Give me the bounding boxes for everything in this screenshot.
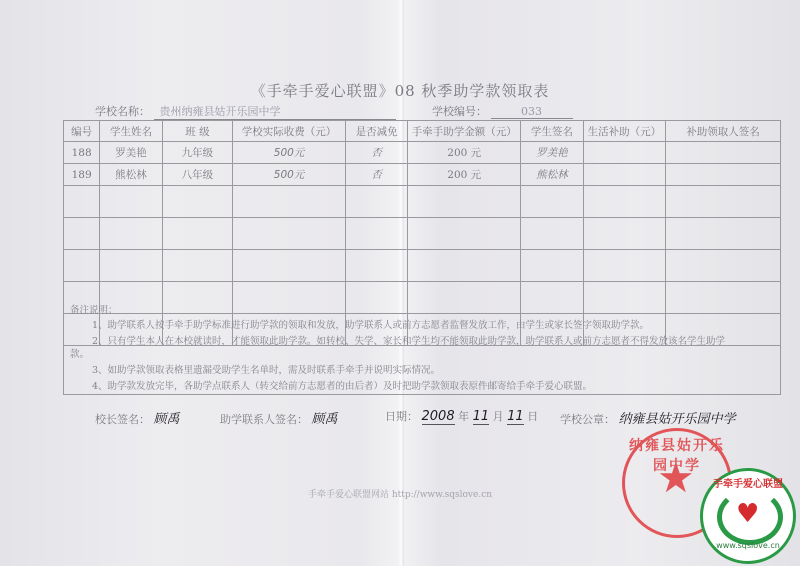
cell-fee: 500元 — [233, 142, 346, 164]
school-number-value: 033 — [491, 105, 573, 119]
contact-label: 助学联系人签名： — [220, 413, 308, 426]
notes-heading: 备注说明： — [70, 302, 780, 316]
cell-allowance-signature — [666, 142, 781, 164]
seal-line: 学校公章： 纳雍县姑开乐园中学 — [560, 408, 736, 427]
seal-label: 学校公章： — [560, 413, 615, 426]
header-fee: 学校实际收费（元） — [233, 121, 346, 142]
date-label: 日期： — [385, 410, 418, 423]
heart-icon: ♥ — [736, 501, 759, 527]
notes-box: 备注说明： 1、助学联系人按手牵手助学标准进行助学款的领取和发放，助学联系人或前… — [63, 296, 781, 395]
cell-reduced: 否 — [345, 164, 407, 186]
principal-name: 顾禹 — [154, 412, 180, 427]
header-name: 学生姓名 — [100, 121, 162, 142]
cell-signature: 熊松林 — [521, 164, 583, 186]
star-icon: ★ — [657, 457, 695, 499]
header-allowance: 生活补助（元） — [583, 121, 666, 142]
table-row: 189 熊松林 八年级 500元 否 200 元 熊松林 — [64, 164, 781, 186]
cell-id: 188 — [64, 142, 100, 164]
logo-url: www.sqslove.cn — [703, 541, 793, 550]
seal-handwritten: 纳雍县姑开乐园中学 — [619, 412, 736, 427]
logo-title: 手牵手爱心联盟 — [703, 475, 793, 490]
header-reduced: 是否减免 — [345, 121, 407, 142]
cell-allowance — [583, 164, 666, 186]
header-allowance-signature: 补助领取人签名 — [666, 121, 781, 142]
date-year: 2008 — [422, 409, 455, 425]
cell-amount: 200 元 — [408, 164, 521, 186]
note-item: 4、助学款发放完毕，各助学点联系人（转交给前方志愿者的由后者）及时把助学款领取表… — [92, 380, 780, 393]
school-name-label: 学校名称： — [95, 105, 150, 118]
date-line: 日期： 2008 年 11 月 11 日 — [385, 408, 538, 425]
month-unit: 月 — [493, 410, 504, 423]
school-number-line: 学校编号： 033 — [432, 103, 573, 119]
note-item: 1、助学联系人按手牵手助学标准进行助学款的领取和发放，助学联系人或前方志愿者监督… — [92, 319, 780, 332]
header-signature: 学生签名 — [521, 121, 583, 142]
cell-allowance — [583, 142, 666, 164]
date-day: 11 — [507, 409, 524, 425]
principal-signature: 校长签名： 顾禹 — [95, 408, 180, 427]
day-unit: 日 — [527, 410, 538, 423]
school-number-label: 学校编号： — [432, 105, 487, 118]
cell-allowance-signature — [666, 164, 781, 186]
table-header-row: 编号 学生姓名 班 级 学校实际收费（元） 是否减免 手牵手助学金额（元） 学生… — [64, 121, 781, 142]
header-id: 编号 — [64, 121, 100, 142]
date-month: 11 — [473, 409, 490, 425]
contact-name: 顾禹 — [312, 412, 338, 427]
note-item-continued: 款。 — [70, 348, 780, 361]
cell-grade: 九年级 — [162, 142, 232, 164]
cell-id: 189 — [64, 164, 100, 186]
table-row-empty — [64, 186, 781, 218]
note-item: 2、只有学生本人在本校就读时，才能领取此助学款。如转校、失学、家长和学生均不能领… — [92, 335, 780, 348]
cell-name: 熊松林 — [100, 164, 162, 186]
year-unit: 年 — [458, 410, 469, 423]
table-row: 188 罗美艳 九年级 500元 否 200 元 罗美艳 — [64, 142, 781, 164]
cell-fee: 500元 — [233, 164, 346, 186]
principal-label: 校长签名： — [95, 413, 150, 426]
cell-reduced: 否 — [345, 142, 407, 164]
charity-logo-stamp: 手牵手爱心联盟 ♥ www.sqslove.cn — [700, 468, 796, 564]
cell-amount: 200 元 — [408, 142, 521, 164]
table-row-empty — [64, 250, 781, 282]
school-name-value: 贵州纳雍县姑开乐园中学 — [154, 103, 396, 120]
header-amount: 手牵手助学金额（元） — [408, 121, 521, 142]
contact-signature: 助学联系人签名： 顾禹 — [220, 408, 338, 427]
cell-signature: 罗美艳 — [521, 142, 583, 164]
header-grade: 班 级 — [162, 121, 232, 142]
note-item: 3、如助学款领取表格里遗漏受助学生名单时，需及时联系手牵手并说明实际情况。 — [92, 364, 780, 377]
school-name-line: 学校名称： 贵州纳雍县姑开乐园中学 — [95, 103, 396, 120]
document-title: 《手牵手爱心联盟》08 秋季助学款领取表 — [0, 80, 800, 101]
cell-grade: 八年级 — [162, 164, 232, 186]
cell-name: 罗美艳 — [100, 142, 162, 164]
table-row-empty — [64, 218, 781, 250]
